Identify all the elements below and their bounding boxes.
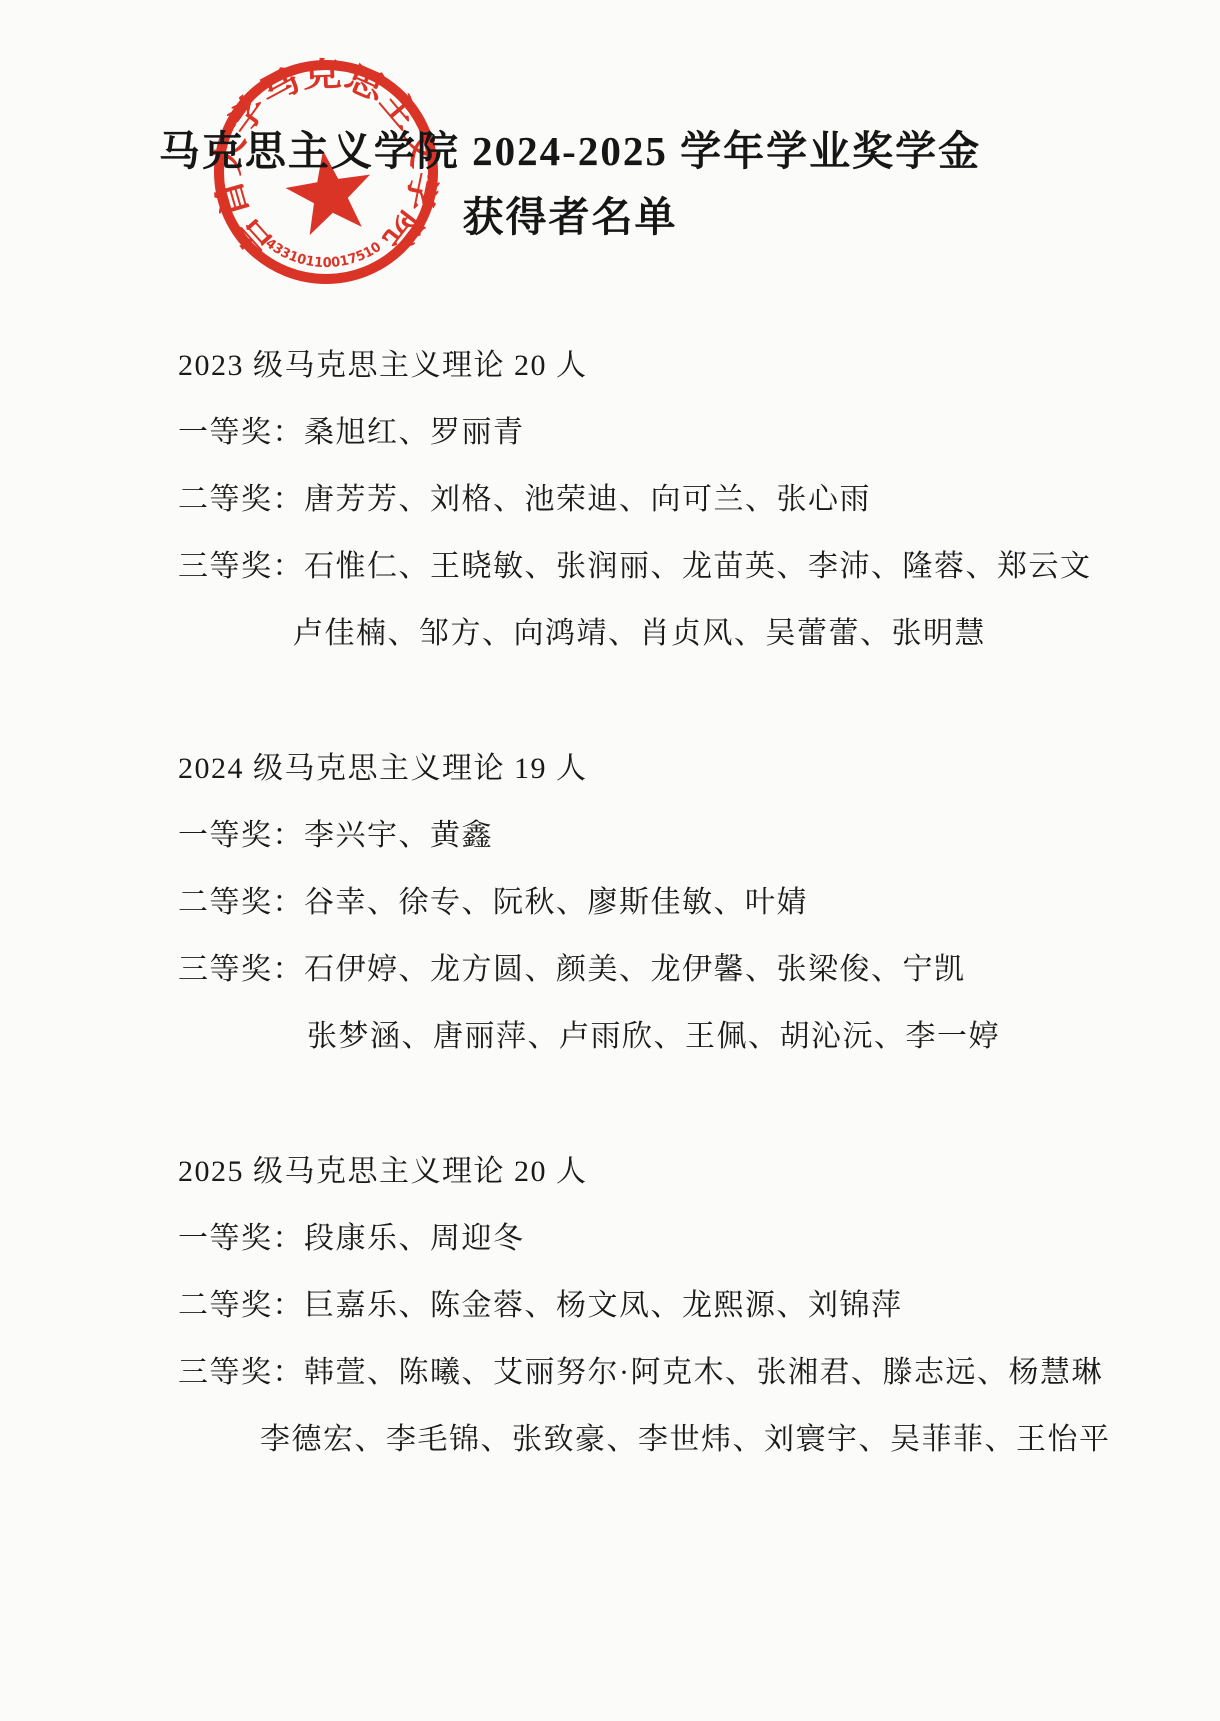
award-line-second-prize: 二等奖：唐芳芳、刘格、池荣迪、向可兰、张心雨 xyxy=(178,466,1078,533)
award-line-third-prize-cont: 李德宏、李毛锦、张致豪、李世炜、刘寰宇、吴菲菲、王怡平 xyxy=(260,1406,1078,1473)
section-2023-header: 2023 级马克思主义理论 20 人 xyxy=(178,332,1078,399)
title-line-2: 获得者名单 xyxy=(0,184,1140,250)
award-line-first-prize: 一等奖：李兴宇、黄鑫 xyxy=(178,802,1078,869)
section-2025: 2025 级马克思主义理论 20 人 一等奖：段康乐、周迎冬 二等奖：巨嘉乐、陈… xyxy=(178,1138,1078,1473)
award-line-third-prize: 三等奖：韩萱、陈曦、艾丽努尔·阿克木、张湘君、滕志远、杨慧琳 xyxy=(178,1339,1078,1406)
award-line-third-prize: 三等奖：石伊婷、龙方圆、颜美、龙伊馨、张梁俊、宁凯 xyxy=(178,936,1078,1003)
section-2023: 2023 级马克思主义理论 20 人 一等奖：桑旭红、罗丽青 二等奖：唐芳芳、刘… xyxy=(178,332,1078,667)
document-title: 马克思主义学院 2024-2025 学年学业奖学金 获得者名单 xyxy=(0,118,1140,250)
award-list-content: 2023 级马克思主义理论 20 人 一等奖：桑旭红、罗丽青 二等奖：唐芳芳、刘… xyxy=(178,332,1078,1541)
award-line-second-prize: 二等奖：巨嘉乐、陈金蓉、杨文凤、龙熙源、刘锦萍 xyxy=(178,1272,1078,1339)
section-2024-header: 2024 级马克思主义理论 19 人 xyxy=(178,735,1078,802)
award-line-second-prize: 二等奖：谷幸、徐专、阮秋、廖斯佳敏、叶婧 xyxy=(178,869,1078,936)
award-line-third-prize-cont: 张梦涵、唐丽萍、卢雨欣、王佩、胡沁沅、李一婷 xyxy=(307,1003,1078,1070)
award-line-first-prize: 一等奖：桑旭红、罗丽青 xyxy=(178,399,1078,466)
document-page: 吉首大学马克思主义学院 43310110017510 马克思主义学院 2024-… xyxy=(0,0,1220,1721)
title-line-1: 马克思主义学院 2024-2025 学年学业奖学金 xyxy=(0,118,1140,184)
award-line-third-prize-cont: 卢佳楠、邹方、向鸿靖、肖贞风、吴蕾蕾、张明慧 xyxy=(293,600,1078,667)
section-2025-header: 2025 级马克思主义理论 20 人 xyxy=(178,1138,1078,1205)
section-2024: 2024 级马克思主义理论 19 人 一等奖：李兴宇、黄鑫 二等奖：谷幸、徐专、… xyxy=(178,735,1078,1070)
award-line-first-prize: 一等奖：段康乐、周迎冬 xyxy=(178,1205,1078,1272)
award-line-third-prize: 三等奖：石惟仁、王晓敏、张润丽、龙苗英、李沛、隆蓉、郑云文 xyxy=(178,533,1078,600)
